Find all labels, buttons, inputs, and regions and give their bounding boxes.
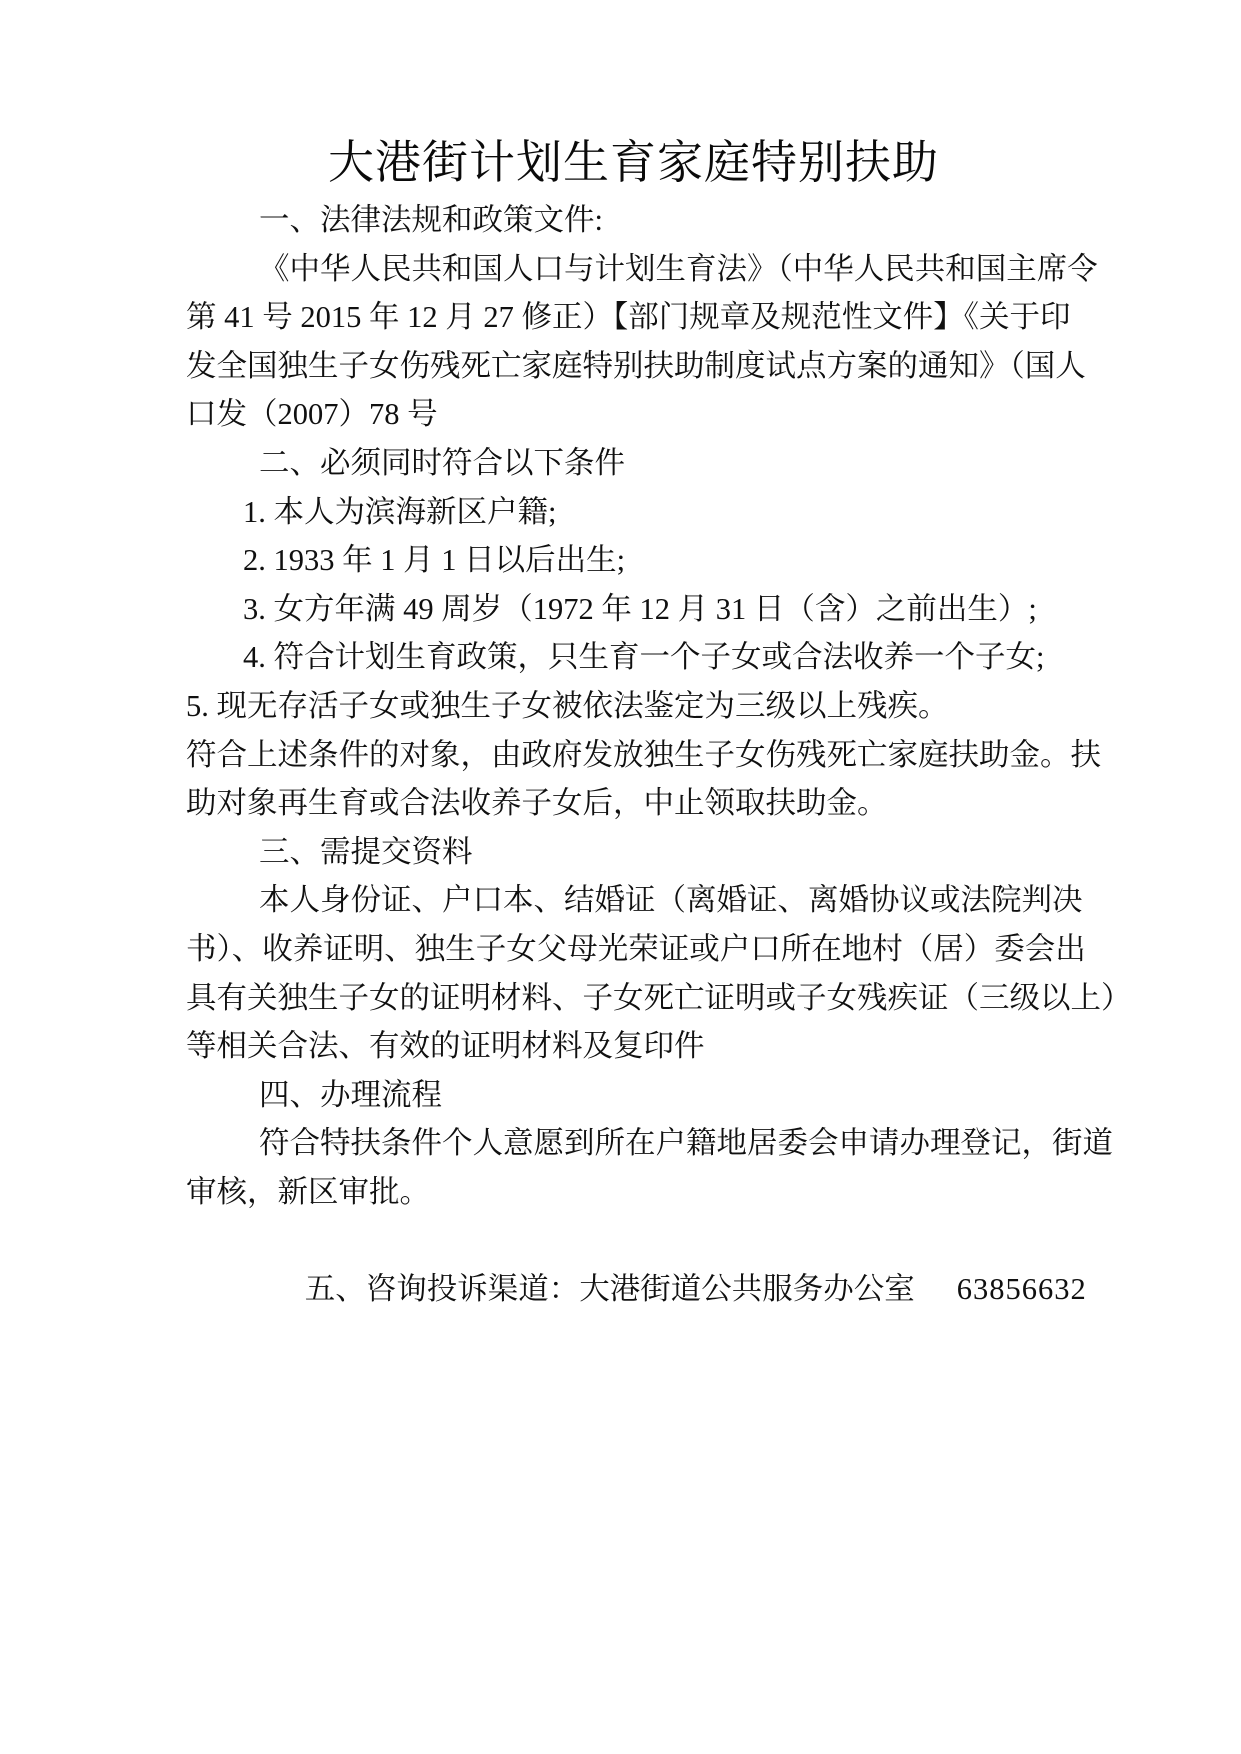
document-page: 大港街计划生育家庭特别扶助 一、法律法规和政策文件: 《中华人民共和国人口与计划… [0, 0, 1241, 1754]
paragraph-materials-line2: 书）、收养证明、独生子女父母光荣证或户口所在地村（居）委会出 [186, 925, 1081, 974]
paragraph-law-line2: 第 41 号 2015 年 12 月 27 修正）【部门规章及规范性文件】《关于… [186, 293, 1081, 342]
condition-item-1: 1. 本人为滨海新区户籍; [186, 488, 1081, 537]
condition-item-5: 5. 现无存活子女或独生子女被依法鉴定为三级以上残疾。 [186, 682, 1081, 731]
paragraph-materials-line1: 本人身份证、户口本、结婚证（离婚证、离婚协议或法院判决 [186, 876, 1081, 925]
contact-label: 五、咨询投诉渠道：大港街道公共服务办公室 [305, 1272, 915, 1306]
paragraph-grant-line1: 符合上述条件的对象，由政府发放独生子女伤残死亡家庭扶助金。扶 [186, 731, 1081, 780]
section-heading-1: 一、法律法规和政策文件: [186, 196, 1081, 245]
section-heading-4: 四、办理流程 [186, 1071, 1081, 1120]
paragraph-process-line1: 符合特扶条件个人意愿到所在户籍地居委会申请办理登记，街道 [186, 1119, 1081, 1168]
paragraph-law-line1: 《中华人民共和国人口与计划生育法》（中华人民共和国主席令 [186, 245, 1081, 294]
paragraph-law-line4: 口发（2007）78 号 [186, 390, 1081, 439]
paragraph-materials-line4: 等相关合法、有效的证明材料及复印件 [186, 1022, 1081, 1071]
paragraph-materials-line3: 具有关独生子女的证明材料、子女死亡证明或子女残疾证（三级以上） [186, 974, 1081, 1023]
section-heading-3: 三、需提交资料 [186, 828, 1081, 877]
section-heading-2: 二、必须同时符合以下条件 [186, 439, 1081, 488]
paragraph-grant-line2: 助对象再生育或合法收养子女后，中止领取扶助金。 [186, 779, 1081, 828]
paragraph-process-line2: 审核，新区审批。 [186, 1168, 1081, 1217]
document-body: 一、法律法规和政策文件: 《中华人民共和国人口与计划生育法》（中华人民共和国主席… [186, 196, 1081, 1265]
condition-item-3: 3. 女方年满 49 周岁（1972 年 12 月 31 日（含）之前出生）; [186, 585, 1081, 634]
page-title: 大港街计划生育家庭特别扶助 [186, 130, 1081, 196]
paragraph-law-line3: 发全国独生子女伤残死亡家庭特别扶助制度试点方案的通知》（国人 [186, 342, 1081, 391]
contact-phone-number: 63856632 [957, 1272, 1087, 1306]
contact-line: 五、咨询投诉渠道：大港街道公共服务办公室63856632 [186, 1216, 1081, 1265]
condition-item-2: 2. 1933 年 1 月 1 日以后出生; [186, 536, 1081, 585]
condition-item-4: 4. 符合计划生育政策，只生育一个子女或合法收养一个子女; [186, 633, 1081, 682]
